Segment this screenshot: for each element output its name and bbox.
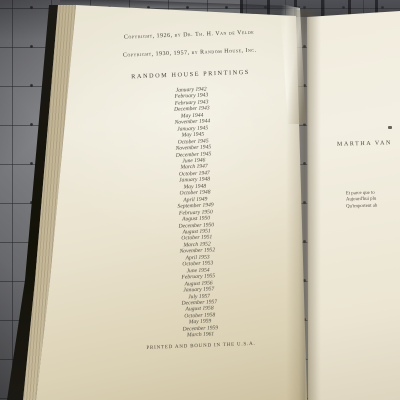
- page-speck: [388, 126, 392, 129]
- copyright-line-2: Copyright, 1930, 1957, by Random House, …: [75, 46, 305, 62]
- epigraph-block: Et parce que toAujourd'hui pluQu'importe…: [346, 191, 378, 211]
- epigraph-line: Qu'importent ab: [346, 203, 377, 210]
- copyright-page-text: Copyright, 1926, by Dr. Th. H. Van de Ve…: [74, 28, 316, 353]
- printings-list: January 1942February 1943February 1943De…: [76, 83, 315, 343]
- printings-heading: RANDOM HOUSE PRINTINGS: [76, 67, 306, 83]
